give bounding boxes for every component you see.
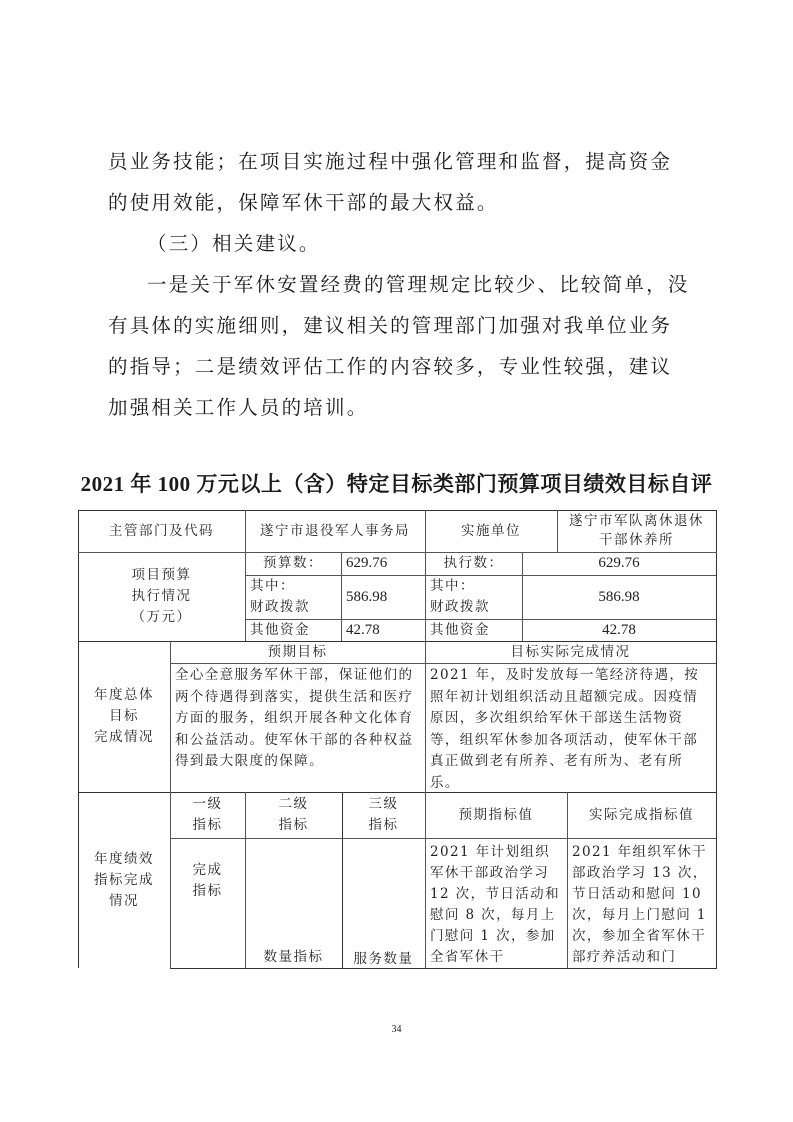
budget-row-value: 42.78 <box>341 619 425 641</box>
annual-goal-label: 年度总体 目标 完成情况 <box>94 685 154 748</box>
indicator-header-level1: 一级 指标 <box>170 792 245 838</box>
indicator-header-actual: 实际完成指标值 <box>567 792 716 838</box>
budget-label: 项目预算 执行情况 （万元） <box>132 565 192 628</box>
expected-goal-text: 全心全意服务军休干部，保证他们的两个待遇得到落实，提供生活和医疗方面的服务，组织… <box>175 665 421 773</box>
level1-value: 完成 指标 <box>193 860 223 902</box>
expected-goal-header-text: 预期目标 <box>268 642 328 663</box>
exec-row-label: 其他资金 <box>425 619 522 641</box>
expected-goal-header: 预期目标 <box>170 641 425 663</box>
level1-header: 一级 指标 <box>193 794 223 836</box>
level3-header: 三级 指标 <box>369 794 399 836</box>
section-heading-text: （三）相关建议。 <box>108 223 693 264</box>
budget-fiscal-label: 其中： 财政拨款 <box>250 576 310 618</box>
dept-label-cell: 主管部门及代码 <box>78 510 245 552</box>
expected-value-text: 2021 年计划组织军休干部政治学习 12 次，节日活动和慰问 8 次，每月上门… <box>430 842 563 968</box>
budget-other-value: 42.78 <box>346 620 380 641</box>
indicator-level3-cell: 服务数量 <box>342 838 425 970</box>
level2-value: 数量指标 <box>264 947 324 968</box>
indicators-label-cell: 年度绩效 指标完成 情况 <box>78 792 170 968</box>
actual-goal-text-cell: 2021 年，及时发放每一笔经济待遇，按照年初计划组织活动且超额完成。因疫情原因… <box>426 663 716 792</box>
budget-row-label: 其他资金 <box>245 619 341 641</box>
expected-goal-text-cell: 全心全意服务军休干部，保证他们的两个待遇得到落实，提供生活和医疗方面的服务，组织… <box>171 663 425 792</box>
actual-value-text: 2021 年组织军休干部政治学习 13 次，节日活动和慰问 10 次，每月上门慰… <box>572 842 712 968</box>
exec-other-label: 其他资金 <box>430 620 490 641</box>
indicator-expected-cell: 2021 年计划组织军休干部政治学习 12 次，节日活动和慰问 8 次，每月上门… <box>426 840 567 968</box>
expected-value-header: 预期指标值 <box>459 805 534 826</box>
budget-row-label: 其中： 财政拨款 <box>245 575 341 619</box>
budget-row-value: 586.98 <box>341 575 425 619</box>
exec-row-label: 其中： 财政拨款 <box>425 575 522 619</box>
indicator-actual-cell: 2021 年组织军休干部政治学习 13 次，节日活动和慰问 10 次，每月上门慰… <box>568 840 716 968</box>
budget-total-label: 预算数： <box>263 553 323 574</box>
budget-other-label: 其他资金 <box>250 620 310 641</box>
dept-value-cell: 遂宁市退役军人事务局 <box>245 510 425 552</box>
body-paragraph-continued: 员业务技能；在项目实施过程中强化管理和监督，提高资金的使用效能，保障军休干部的最… <box>108 141 693 223</box>
budget-fiscal-value: 586.98 <box>346 587 387 608</box>
exec-total-value: 629.76 <box>598 553 639 574</box>
indicator-header-level3: 三级 指标 <box>342 792 425 838</box>
actual-goal-header-text: 目标实际完成情况 <box>511 642 631 663</box>
impl-label-cell: 实施单位 <box>425 510 557 552</box>
impl-value: 遂宁市军队离休退休 干部休养所 <box>569 512 704 550</box>
exec-row-value: 42.78 <box>522 619 716 641</box>
paragraph-text: 一是关于军休安置经费的管理规定比较少、比较简单，没有具体的实施细则，建议相关的管… <box>108 264 693 428</box>
actual-value-header: 实际完成指标值 <box>589 805 694 826</box>
budget-row-value: 629.76 <box>341 552 425 575</box>
indicator-header-level2: 二级 指标 <box>245 792 342 838</box>
exec-total-label: 执行数： <box>444 553 504 574</box>
indicators-label: 年度绩效 指标完成 情况 <box>94 849 154 912</box>
indicator-level2-cell: 数量指标 <box>245 838 342 968</box>
exec-fiscal-value: 586.98 <box>598 587 639 608</box>
actual-goal-header: 目标实际完成情况 <box>425 641 716 663</box>
actual-goal-text: 2021 年，及时发放每一笔经济待遇，按照年初计划组织活动且超额完成。因疫情原因… <box>430 665 712 794</box>
indicator-header-expected: 预期指标值 <box>425 792 567 838</box>
budget-row-label: 预算数： <box>245 552 341 575</box>
page-number: 34 <box>0 1024 793 1035</box>
level3-value: 服务数量 <box>354 949 414 970</box>
dept-value: 遂宁市退役军人事务局 <box>260 521 410 542</box>
exec-row-value: 586.98 <box>522 575 716 619</box>
indicator-level1-cell: 完成 指标 <box>170 838 245 924</box>
impl-value-cell: 遂宁市军队离休退休 干部休养所 <box>557 510 716 552</box>
paragraph-text: 员业务技能；在项目实施过程中强化管理和监督，提高资金的使用效能，保障军休干部的最… <box>108 141 693 223</box>
annual-goal-label-cell: 年度总体 目标 完成情况 <box>78 641 170 792</box>
exec-other-value: 42.78 <box>602 620 636 641</box>
section-heading: （三）相关建议。 <box>108 223 693 264</box>
budget-total-value: 629.76 <box>346 553 387 574</box>
budget-label-cell: 项目预算 执行情况 （万元） <box>78 552 245 641</box>
exec-row-value: 629.76 <box>522 552 716 575</box>
suggestion-paragraph: 一是关于军休安置经费的管理规定比较少、比较简单，没有具体的实施细则，建议相关的管… <box>108 264 693 428</box>
exec-row-label: 执行数： <box>425 552 522 575</box>
level2-header: 二级 指标 <box>279 794 309 836</box>
dept-label: 主管部门及代码 <box>109 521 214 542</box>
exec-fiscal-label: 其中： 财政拨款 <box>430 576 490 618</box>
table-title: 2021 年 100 万元以上（含）特定目标类部门预算项目绩效目标自评 <box>0 468 793 498</box>
impl-label: 实施单位 <box>461 521 521 542</box>
